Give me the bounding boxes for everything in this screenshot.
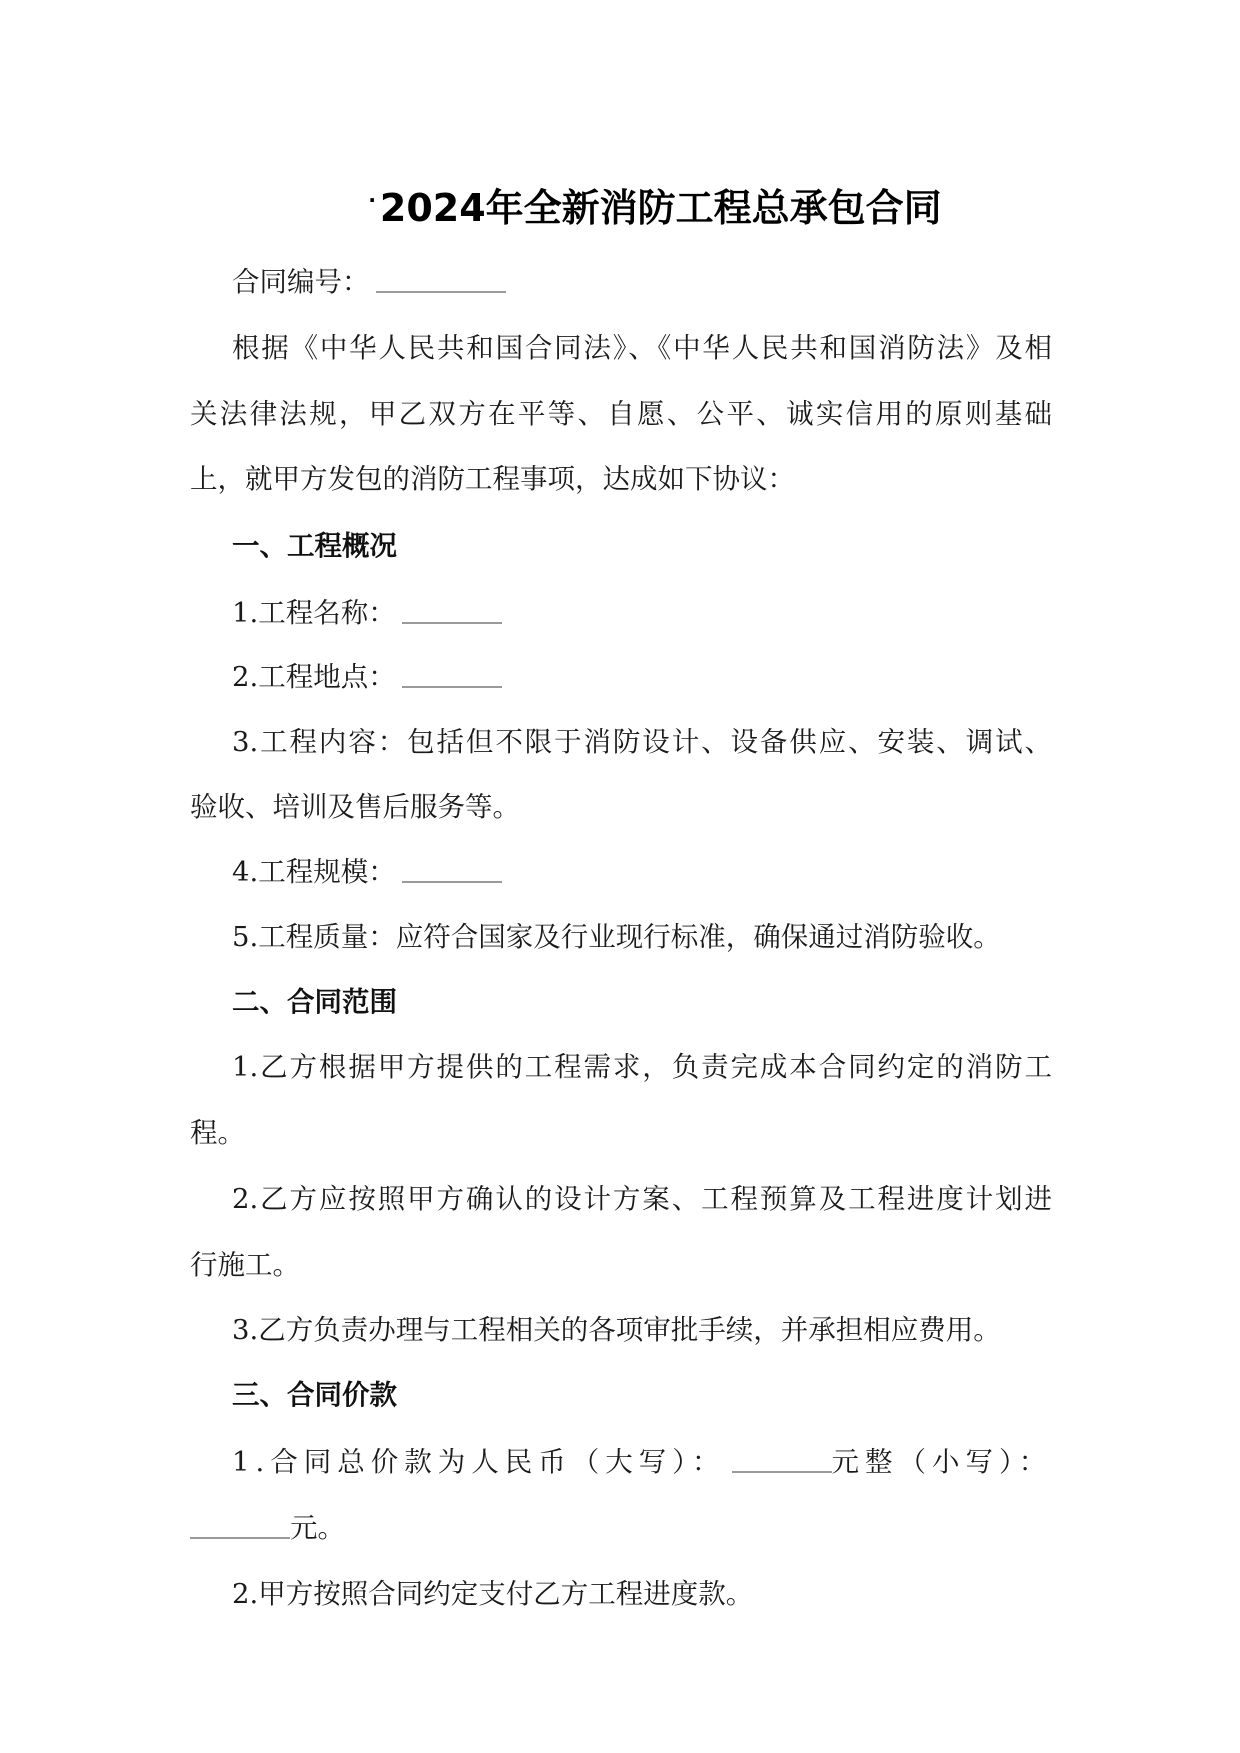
project-name-line: 1.工程名称： xyxy=(232,596,1052,630)
preamble-line-2: 关法律法规，甲乙双方在平等、自愿、公平、诚实信用的原则基础 xyxy=(190,397,1052,431)
project-scale-line: 4.工程规模： xyxy=(232,855,1052,889)
project-content-line-2: 验收、培训及售后服务等。 xyxy=(190,790,1052,824)
document-page: ·2024年全新消防工程总承包合同 合同编号： 根据《中华人民共和国合同法》、《… xyxy=(0,0,1240,1753)
document-title: ·2024年全新消防工程总承包合同 xyxy=(0,176,1240,232)
project-location-label: 2.工程地点： xyxy=(232,661,396,693)
section-heading-overview: 一、工程概况 xyxy=(232,529,1052,563)
scope-item-1-line-1: 1.乙方根据甲方提供的工程需求，负责完成本合同约定的消防工 xyxy=(232,1050,1052,1084)
scope-item-2-line-2: 行施工。 xyxy=(190,1248,1052,1282)
price-line-2: 元。 xyxy=(190,1511,1052,1545)
price-upper-field[interactable] xyxy=(732,1445,832,1473)
contract-number-field[interactable] xyxy=(376,265,506,293)
project-name-label: 1.工程名称： xyxy=(232,597,396,629)
project-quality-line: 5.工程质量：应符合国家及行业现行标准，确保通过消防验收。 xyxy=(232,920,1052,954)
section-heading-price: 三、合同价款 xyxy=(232,1378,1052,1412)
price-line-1: 1.合同总价款为人民币（大写）：元整（小写）： xyxy=(232,1445,1052,1479)
project-name-field[interactable] xyxy=(402,596,502,624)
contract-number-line: 合同编号： xyxy=(232,265,1052,299)
project-location-field[interactable] xyxy=(402,660,502,688)
section-heading-scope: 二、合同范围 xyxy=(232,985,1052,1019)
project-scale-field[interactable] xyxy=(402,855,502,883)
scope-item-2-line-1: 2.乙方应按照甲方确认的设计方案、工程预算及工程进度计划进 xyxy=(232,1182,1052,1216)
title-text: 2024年全新消防工程总承包合同 xyxy=(380,186,942,230)
preamble-line-1: 根据《中华人民共和国合同法》、《中华人民共和国消防法》及相 xyxy=(232,331,1052,365)
title-marker: · xyxy=(368,188,376,212)
price-item-2: 2.甲方按照合同约定支付乙方工程进度款。 xyxy=(232,1577,1052,1611)
scope-item-1-line-2: 程。 xyxy=(190,1116,1052,1150)
price-suffix: 元。 xyxy=(290,1512,345,1544)
scope-item-3: 3.乙方负责办理与工程相关的各项审批手续，并承担相应费用。 xyxy=(232,1313,1052,1347)
project-location-line: 2.工程地点： xyxy=(232,660,1052,694)
price-middle: 元整（小写）： xyxy=(832,1446,1053,1478)
price-prefix: 1.合同总价款为人民币（大写）： xyxy=(232,1446,726,1478)
project-content-line-1: 3.工程内容：包括但不限于消防设计、设备供应、安装、调试、 xyxy=(232,725,1052,759)
contract-number-label: 合同编号： xyxy=(232,266,370,298)
preamble-line-3: 上，就甲方发包的消防工程事项，达成如下协议： xyxy=(190,462,1052,496)
project-scale-label: 4.工程规模： xyxy=(232,856,396,888)
price-lower-field[interactable] xyxy=(190,1511,290,1539)
